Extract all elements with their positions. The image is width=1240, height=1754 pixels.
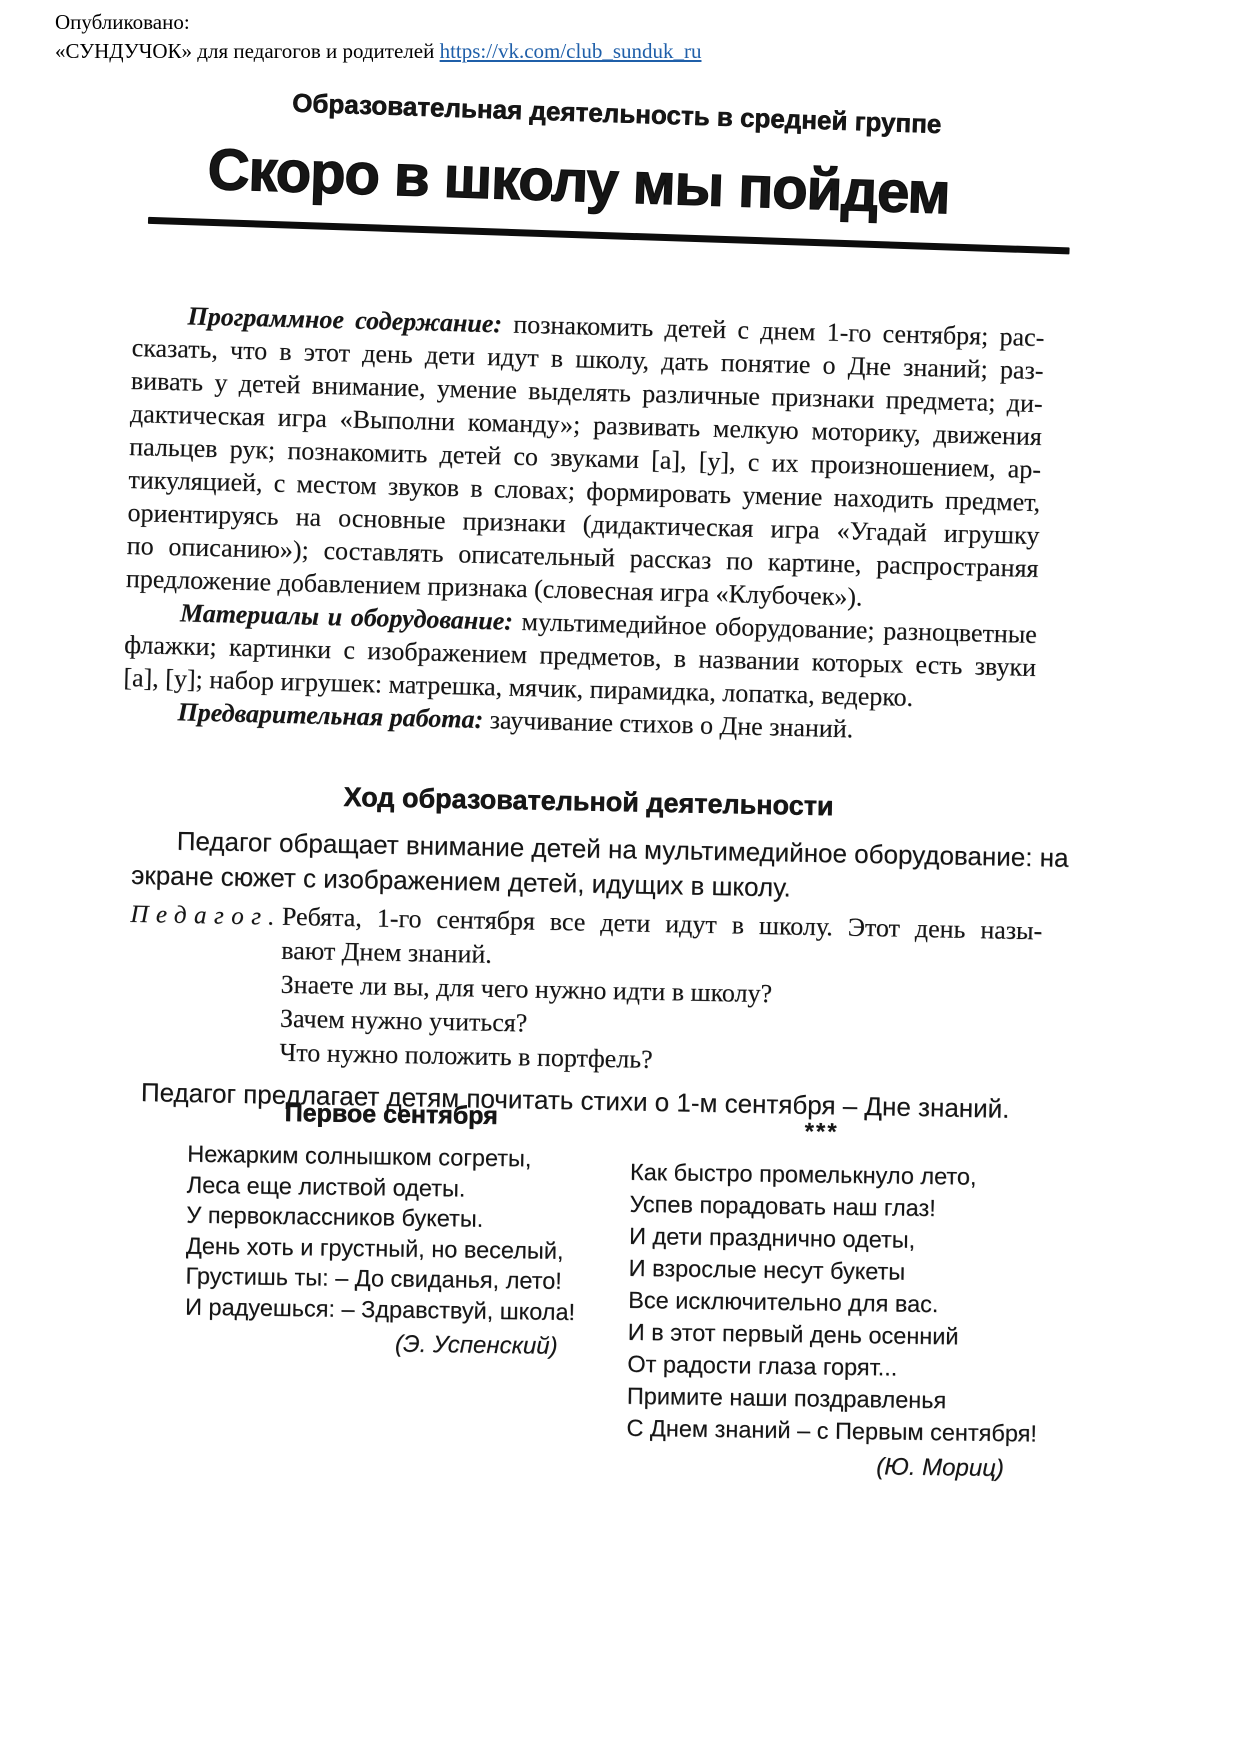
text-line: Успев порадовать наш глаз! <box>629 1188 1011 1225</box>
text-line: И взрослые несут букеты <box>628 1252 1010 1289</box>
text-line: Нежарким солнышком согреты, <box>187 1139 564 1175</box>
text-line: Все исключительно для вас. <box>628 1284 1010 1321</box>
poem-left-lines: Нежарким солнышком согреты,Леса еще лист… <box>185 1139 565 1327</box>
text-line: У первоклассников букеты. <box>186 1200 563 1236</box>
text-line: Как быстро промелькнуло лето, <box>630 1156 1012 1193</box>
poems-section: Первое сентября Нежарким солнышком согре… <box>127 1097 1044 1510</box>
poem-asterisks: *** Как быстро промелькнуло лето,Успев п… <box>626 1104 1013 1483</box>
preliminary-label: Предварительная работа: <box>177 697 483 734</box>
poem-right-title: *** <box>630 1116 1012 1149</box>
summary-section: Программное содержание: познакомить дете… <box>122 298 1045 750</box>
text-line: Примите наши поздравленья <box>627 1380 1009 1417</box>
text-line: Грустишь ты: – До свиданья, лето! <box>185 1261 562 1297</box>
program-content-paragraph: Программное содержание: познакомить дете… <box>125 298 1044 618</box>
teacher-dialogue: Педагог. Ребята, 1-го сентября все дети … <box>127 897 1042 1084</box>
activity-heading: Ход образовательной деятельности <box>132 777 1044 827</box>
dialogue-speaker-label: Педагог. <box>127 897 282 1070</box>
poem-first-september: Первое сентября Нежарким солнышком согре… <box>184 1098 565 1361</box>
poem-left-author: (Э. Успенский) <box>184 1328 561 1361</box>
preliminary-lead: заучивание стихов о Дне знаний. <box>489 705 853 743</box>
text-line: С Днем знаний – с Первым сентября! <box>626 1412 1008 1449</box>
document-header: Образовательная деятельность в средней г… <box>138 83 1072 255</box>
poem-right-author: (Ю. Мориц) <box>626 1450 1008 1483</box>
poem-right-lines: Как быстро промелькнуло лето,Успев порад… <box>626 1156 1012 1449</box>
activity-intro: Педагог обращает внимание детей на мульт… <box>131 823 1044 910</box>
text-line: И дети празднично одеты, <box>629 1220 1011 1257</box>
poem-left-title: Первое сентября <box>188 1098 565 1132</box>
document-kicker: Образовательная деятельность в средней г… <box>142 83 1073 145</box>
document-title: Скоро в школу мы пойдем <box>139 134 1071 232</box>
text-line: И в этот первый день осенний <box>628 1316 1010 1353</box>
dialogue-lines: Ребята, 1-го сентября все дети идут в шк… <box>279 900 1043 1085</box>
program-content-lines: сказать, что в этот день дети идут в шко… <box>125 331 1043 618</box>
text-line: И радуешься: – Здравствуй, школа! <box>185 1291 562 1327</box>
scanned-page: Образовательная деятельность в средней г… <box>0 0 1240 1754</box>
text-line: От радости глаза горят... <box>627 1348 1009 1385</box>
activity-section: Ход образовательной деятельности Педагог… <box>127 777 1045 1125</box>
